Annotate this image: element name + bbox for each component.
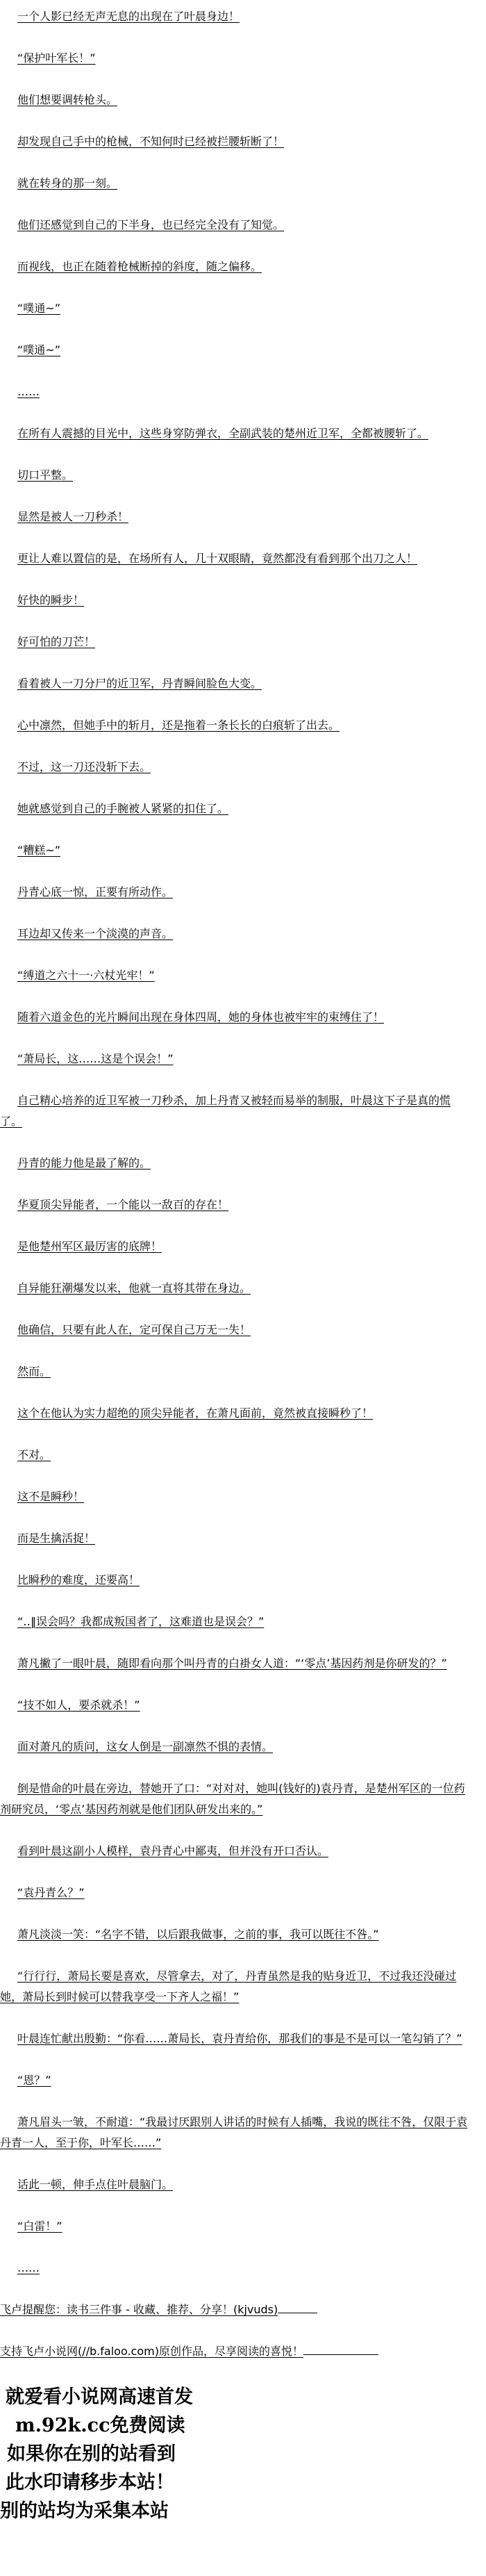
chapter-paragraph: 不过，这一刀还没斩下去。 (0, 757, 469, 778)
chapter-paragraph: 丹青心底一惊，正要有所动作。 (0, 882, 469, 903)
chapter-paragraph: 而视线，也正在随着枪械断掉的斜度，随之偏移。 (0, 256, 469, 277)
chapter-paragraph: 比瞬秒的难度，还要高！ (0, 1570, 469, 1591)
chapter-paragraph: 不对。 (0, 1445, 469, 1466)
chapter-paragraph: 萧凡撇了一眼叶晨，随即看向那个叫丹青的白褂女人道：“‘零点’基因药剂是你研发的？… (0, 1653, 469, 1674)
chapter-paragraph: 一个人影已经无声无息的出现在了叶晨身边！ (0, 6, 469, 27)
chapter-paragraph: 就在转身的那一刻。 (0, 173, 469, 194)
chapter-paragraph: 而是生擒活捉！ (0, 1528, 469, 1549)
chapter-paragraph: 叶晨连忙献出殷勤：“你看……萧局长，袁丹青给你，那我们的事是不是可以一笔勾销了？… (0, 2028, 469, 2049)
chapter-paragraph: 他确信，只要有此人在，定可保自己万无一失！ (0, 1320, 469, 1340)
chapter-paragraph: …… (0, 382, 469, 402)
chapter-paragraph: 然而。 (0, 1361, 469, 1382)
chapter-paragraph: 他们还感觉到自己的下半身，也已经完全没有了知觉。 (0, 215, 469, 236)
chapter-paragraphs: 一个人影已经无声无息的出现在了叶晨身边！“保护叶军长！”他们想要调转枪头。却发现… (0, 6, 469, 2279)
chapter-paragraph: 话此一顿，伸手点住叶晨脑门。 (0, 2174, 469, 2195)
chapter-paragraph: 在所有人震撼的目光中，这些身穿防弹衣，全副武装的楚州近卫军，全都被腰斩了。 (0, 423, 469, 444)
watermark-line: m.92k.cc免费阅读 (6, 2411, 469, 2440)
chapter-paragraph: “萧局长，这……这是个误会！” (0, 1049, 469, 1069)
chapter-paragraph: 倒是惜命的叶晨在旁边，替她开了口：“对对对，她叫(钱好的)袁丹青，是楚州军区的一… (0, 1778, 469, 1820)
novel-chapter-content: 一个人影已经无声无息的出现在了叶晨身边！“保护叶军长！”他们想要调转枪头。却发现… (0, 0, 469, 2525)
chapter-paragraph: 切口平整。 (0, 465, 469, 486)
chapter-paragraph: 他们想要调转枪头。 (0, 90, 469, 110)
chapter-paragraph: 自异能狂潮爆发以来，他就一直将其带在身边。 (0, 1278, 469, 1299)
site-notice-text: 支持飞卢小说网(//b.faloo.com)原创作品，尽享阅读的喜悦！ (0, 2345, 303, 2358)
watermark-line: 别的站均为采集本站 (0, 2497, 469, 2525)
watermark-line: 就爱看小说网高速首发 (6, 2383, 469, 2411)
chapter-paragraph: …… (0, 2258, 469, 2279)
chapter-paragraph: 心中凛然，但她手中的斩月，还是拖着一条长长的白痕斩了出去。 (0, 715, 469, 736)
chapter-paragraph: 这不是瞬秒！ (0, 1486, 469, 1507)
chapter-paragraph: “袁丹青么？” (0, 1882, 469, 1903)
chapter-paragraph: 更让人难以置信的是，在场所有人，几十双眼睛，竟然都没有看到那个出刀之人！ (0, 548, 469, 569)
chapter-paragraph: 萧凡淡淡一笑：“名字不错，以后跟我做事，之前的事，我可以既往不咎。” (0, 1924, 469, 1945)
chapter-paragraph: 好快的瞬步！ (0, 590, 469, 611)
notice-underline-tail (278, 2303, 317, 2313)
chapter-paragraph: 自己精心培养的近卫军被一刀秒杀，加上丹青又被轻而易举的制服，叶晨这下子是真的慌了… (0, 1090, 469, 1132)
notice-underline-tail (303, 2345, 378, 2355)
chapter-paragraph: 随着六道金色的光片瞬间出现在身体四周，她的身体也被牢牢的束缚住了！ (0, 1007, 469, 1028)
chapter-paragraph: 看到叶晨这副小人模样，袁丹青心中鄙夷，但并没有开口否认。 (0, 1841, 469, 1862)
chapter-paragraph: 显然是被人一刀秒杀！ (0, 507, 469, 527)
chapter-paragraph: 丹青的能力他是最了解的。 (0, 1153, 469, 1174)
site-notice-text: 飞卢提醒您：读书三件事 - 收藏、推荐、分享！(kjvuds) (0, 2303, 278, 2316)
chapter-paragraph: “恩？” (0, 2070, 469, 2091)
chapter-paragraph: “缚道之六十一·六杖光牢！” (0, 965, 469, 986)
chapter-paragraph: “技不如人，要杀就杀！” (0, 1695, 469, 1716)
chapter-paragraph: 看着被人一刀分尸的近卫军，丹青瞬间脸色大变。 (0, 673, 469, 694)
chapter-paragraph: 是他楚州军区最厉害的底牌！ (0, 1236, 469, 1257)
chapter-paragraph: 华夏顶尖异能者，一个能以一敌百的存在！ (0, 1195, 469, 1215)
chapter-paragraph: “噗通~” (0, 298, 469, 319)
chapter-paragraph: 面对萧凡的质问，这女人倒是一副凛然不惧的表情。 (0, 1737, 469, 1757)
site-notice-line: 飞卢提醒您：读书三件事 - 收藏、推荐、分享！(kjvuds) (0, 2299, 469, 2320)
chapter-paragraph: “糟糕~” (0, 840, 469, 861)
watermark-line: 此水印请移步本站！ (6, 2468, 469, 2497)
chapter-paragraph: “行行行，萧局长要是喜欢，尽管拿去，对了，丹青虽然是我的贴身近卫，不过我还没碰过… (0, 1966, 469, 2008)
chapter-paragraph: “‥‖误会吗？我都成叛国者了，这难道也是误会？” (0, 1611, 469, 1632)
chapter-paragraph: 好可怕的刀芒！ (0, 632, 469, 653)
chapter-paragraph: 萧凡眉头一皱，不耐道：“我最讨厌跟别人讲话的时候有人插嘴，我说的既往不咎，仅限于… (0, 2112, 469, 2153)
chapter-paragraph: 她就感觉到自己的手腕被人紧紧的扣住了。 (0, 798, 469, 819)
pirate-site-watermark: 就爱看小说网高速首发m.92k.cc免费阅读如果你在别的站看到此水印请移步本站！… (0, 2383, 469, 2525)
chapter-paragraph: “保护叶军长！” (0, 48, 469, 69)
chapter-paragraph: 却发现自己手中的枪械，不知何时已经被拦腰斩断了！ (0, 131, 469, 152)
chapter-paragraph: “噗通~” (0, 340, 469, 361)
site-notices: 飞卢提醒您：读书三件事 - 收藏、推荐、分享！(kjvuds)支持飞卢小说网(/… (0, 2299, 469, 2362)
chapter-paragraph: “白雷！” (0, 2216, 469, 2237)
chapter-paragraph: 这个在他认为实力超绝的顶尖异能者，在萧凡面前，竟然被直接瞬秒了！ (0, 1403, 469, 1424)
chapter-paragraph: 耳边却又传来一个淡漠的声音。 (0, 924, 469, 944)
watermark-line: 如果你在别的站看到 (6, 2440, 469, 2468)
site-notice-line: 支持飞卢小说网(//b.faloo.com)原创作品，尽享阅读的喜悦！ (0, 2341, 469, 2362)
